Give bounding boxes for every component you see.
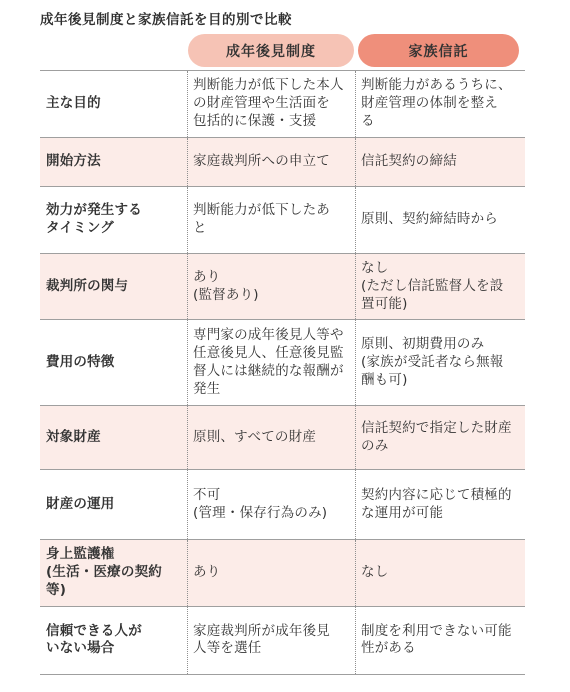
guardianship-cell: 不可 (管理・保存行為のみ)	[187, 470, 355, 539]
trust-cell: 契約内容に応じて積極的 な運用が可能	[355, 470, 525, 539]
guardianship-cell: 専門家の成年後見人等や 任意後見人、任意後見監 督人には継続的な報酬が 発生	[187, 320, 355, 405]
trust-cell: なし (ただし信託監督人を設 置可能)	[355, 254, 525, 319]
row-label: 費用の特徴	[46, 354, 115, 372]
row-label-cell: 対象財産	[40, 406, 187, 469]
row-label-cell: 開始方法	[40, 138, 187, 186]
table-row: 主な目的 判断能力が低下した本人 の財産管理や生活面を 包括的に保護・支援 判断…	[40, 71, 525, 138]
row-label-cell: 裁判所の関与	[40, 254, 187, 319]
guardianship-value: 判断能力が低下したあ と	[193, 202, 330, 238]
trust-value: 信託契約で指定した財産 のみ	[361, 420, 512, 456]
guardianship-value: あり	[193, 564, 220, 582]
row-label: 主な目的	[46, 95, 101, 113]
trust-cell: 信託契約の締結	[355, 138, 525, 186]
trust-value: 原則、契約締結時から	[361, 211, 498, 229]
guardianship-cell: 原則、すべての財産	[187, 406, 355, 469]
guardianship-value: 家庭裁判所への申立て	[193, 153, 330, 171]
trust-cell: 制度を利用できない可能 性がある	[355, 607, 525, 674]
page-title: 成年後見制度と家族信託を目的別で比較	[40, 8, 292, 28]
row-label: 効力が発生する タイミング	[46, 202, 142, 238]
table-row: 対象財産 原則、すべての財産 信託契約で指定した財産 のみ	[40, 406, 525, 470]
column-header-trust-label: 家族信託	[409, 41, 469, 61]
guardianship-cell: あり (監督あり)	[187, 254, 355, 319]
trust-cell: 判断能力があるうちに、 財産管理の体制を整え る	[355, 71, 525, 137]
row-label-cell: 主な目的	[40, 71, 187, 137]
trust-cell: 原則、契約締結時から	[355, 187, 525, 253]
guardianship-cell: 家庭裁判所が成年後見 人等を選任	[187, 607, 355, 674]
row-label-cell: 身上監護権 (生活・医療の契約等)	[40, 540, 187, 605]
row-label: 財産の運用	[46, 496, 115, 514]
guardianship-cell: 判断能力が低下した本人 の財産管理や生活面を 包括的に保護・支援	[187, 71, 355, 137]
table-row: 効力が発生する タイミング 判断能力が低下したあ と 原則、契約締結時から	[40, 187, 525, 254]
trust-value: 原則、初期費用のみ (家族が受託者なら無報 酬も可)	[361, 336, 503, 389]
row-label: 裁判所の関与	[46, 278, 128, 296]
guardianship-value: 専門家の成年後見人等や 任意後見人、任意後見監 督人には継続的な報酬が 発生	[193, 327, 344, 398]
row-label-cell: 費用の特徴	[40, 320, 187, 405]
guardianship-cell: あり	[187, 540, 355, 605]
table-row: 費用の特徴 専門家の成年後見人等や 任意後見人、任意後見監 督人には継続的な報酬…	[40, 320, 525, 406]
table-row: 開始方法 家庭裁判所への申立て 信託契約の締結	[40, 138, 525, 187]
comparison-infographic: 成年後見制度と家族信託を目的別で比較 成年後見制度 家族信託 主な目的 判断能力…	[0, 0, 570, 692]
guardianship-cell: 家庭裁判所への申立て	[187, 138, 355, 186]
row-label-cell: 財産の運用	[40, 470, 187, 539]
trust-value: なし	[361, 564, 388, 582]
trust-cell: なし	[355, 540, 525, 605]
table-row: 身上監護権 (生活・医療の契約等) あり なし	[40, 540, 525, 606]
trust-value: 契約内容に応じて積極的 な運用が可能	[361, 487, 512, 523]
row-label: 身上監護権 (生活・医療の契約等)	[46, 546, 182, 599]
row-label: 対象財産	[46, 429, 101, 447]
table-row: 信頼できる人が いない場合 家庭裁判所が成年後見 人等を選任 制度を利用できない…	[40, 607, 525, 675]
row-label-cell: 効力が発生する タイミング	[40, 187, 187, 253]
table-row: 財産の運用 不可 (管理・保存行為のみ) 契約内容に応じて積極的 な運用が可能	[40, 470, 525, 540]
column-header-guardianship: 成年後見制度	[188, 34, 354, 67]
guardianship-value: 不可 (管理・保存行為のみ)	[193, 487, 327, 523]
trust-value: なし (ただし信託監督人を設 置可能)	[361, 260, 503, 313]
row-label: 信頼できる人が いない場合	[46, 623, 142, 659]
guardianship-value: 判断能力が低下した本人 の財産管理や生活面を 包括的に保護・支援	[193, 77, 344, 130]
trust-value: 判断能力があるうちに、 財産管理の体制を整え る	[361, 77, 512, 130]
table-row: 裁判所の関与 あり (監督あり) なし (ただし信託監督人を設 置可能)	[40, 254, 525, 320]
column-header-trust: 家族信託	[358, 34, 519, 67]
row-label: 開始方法	[46, 153, 101, 171]
guardianship-value: 原則、すべての財産	[193, 429, 316, 447]
trust-cell: 原則、初期費用のみ (家族が受託者なら無報 酬も可)	[355, 320, 525, 405]
trust-cell: 信託契約で指定した財産 のみ	[355, 406, 525, 469]
row-label-cell: 信頼できる人が いない場合	[40, 607, 187, 674]
trust-value: 制度を利用できない可能 性がある	[361, 623, 512, 659]
comparison-table: 主な目的 判断能力が低下した本人 の財産管理や生活面を 包括的に保護・支援 判断…	[40, 70, 525, 675]
column-header-guardianship-label: 成年後見制度	[226, 41, 316, 61]
trust-value: 信託契約の締結	[361, 153, 457, 171]
guardianship-cell: 判断能力が低下したあ と	[187, 187, 355, 253]
guardianship-value: 家庭裁判所が成年後見 人等を選任	[193, 623, 330, 659]
guardianship-value: あり (監督あり)	[193, 269, 259, 305]
table-column-headers: 成年後見制度 家族信託	[188, 34, 519, 67]
